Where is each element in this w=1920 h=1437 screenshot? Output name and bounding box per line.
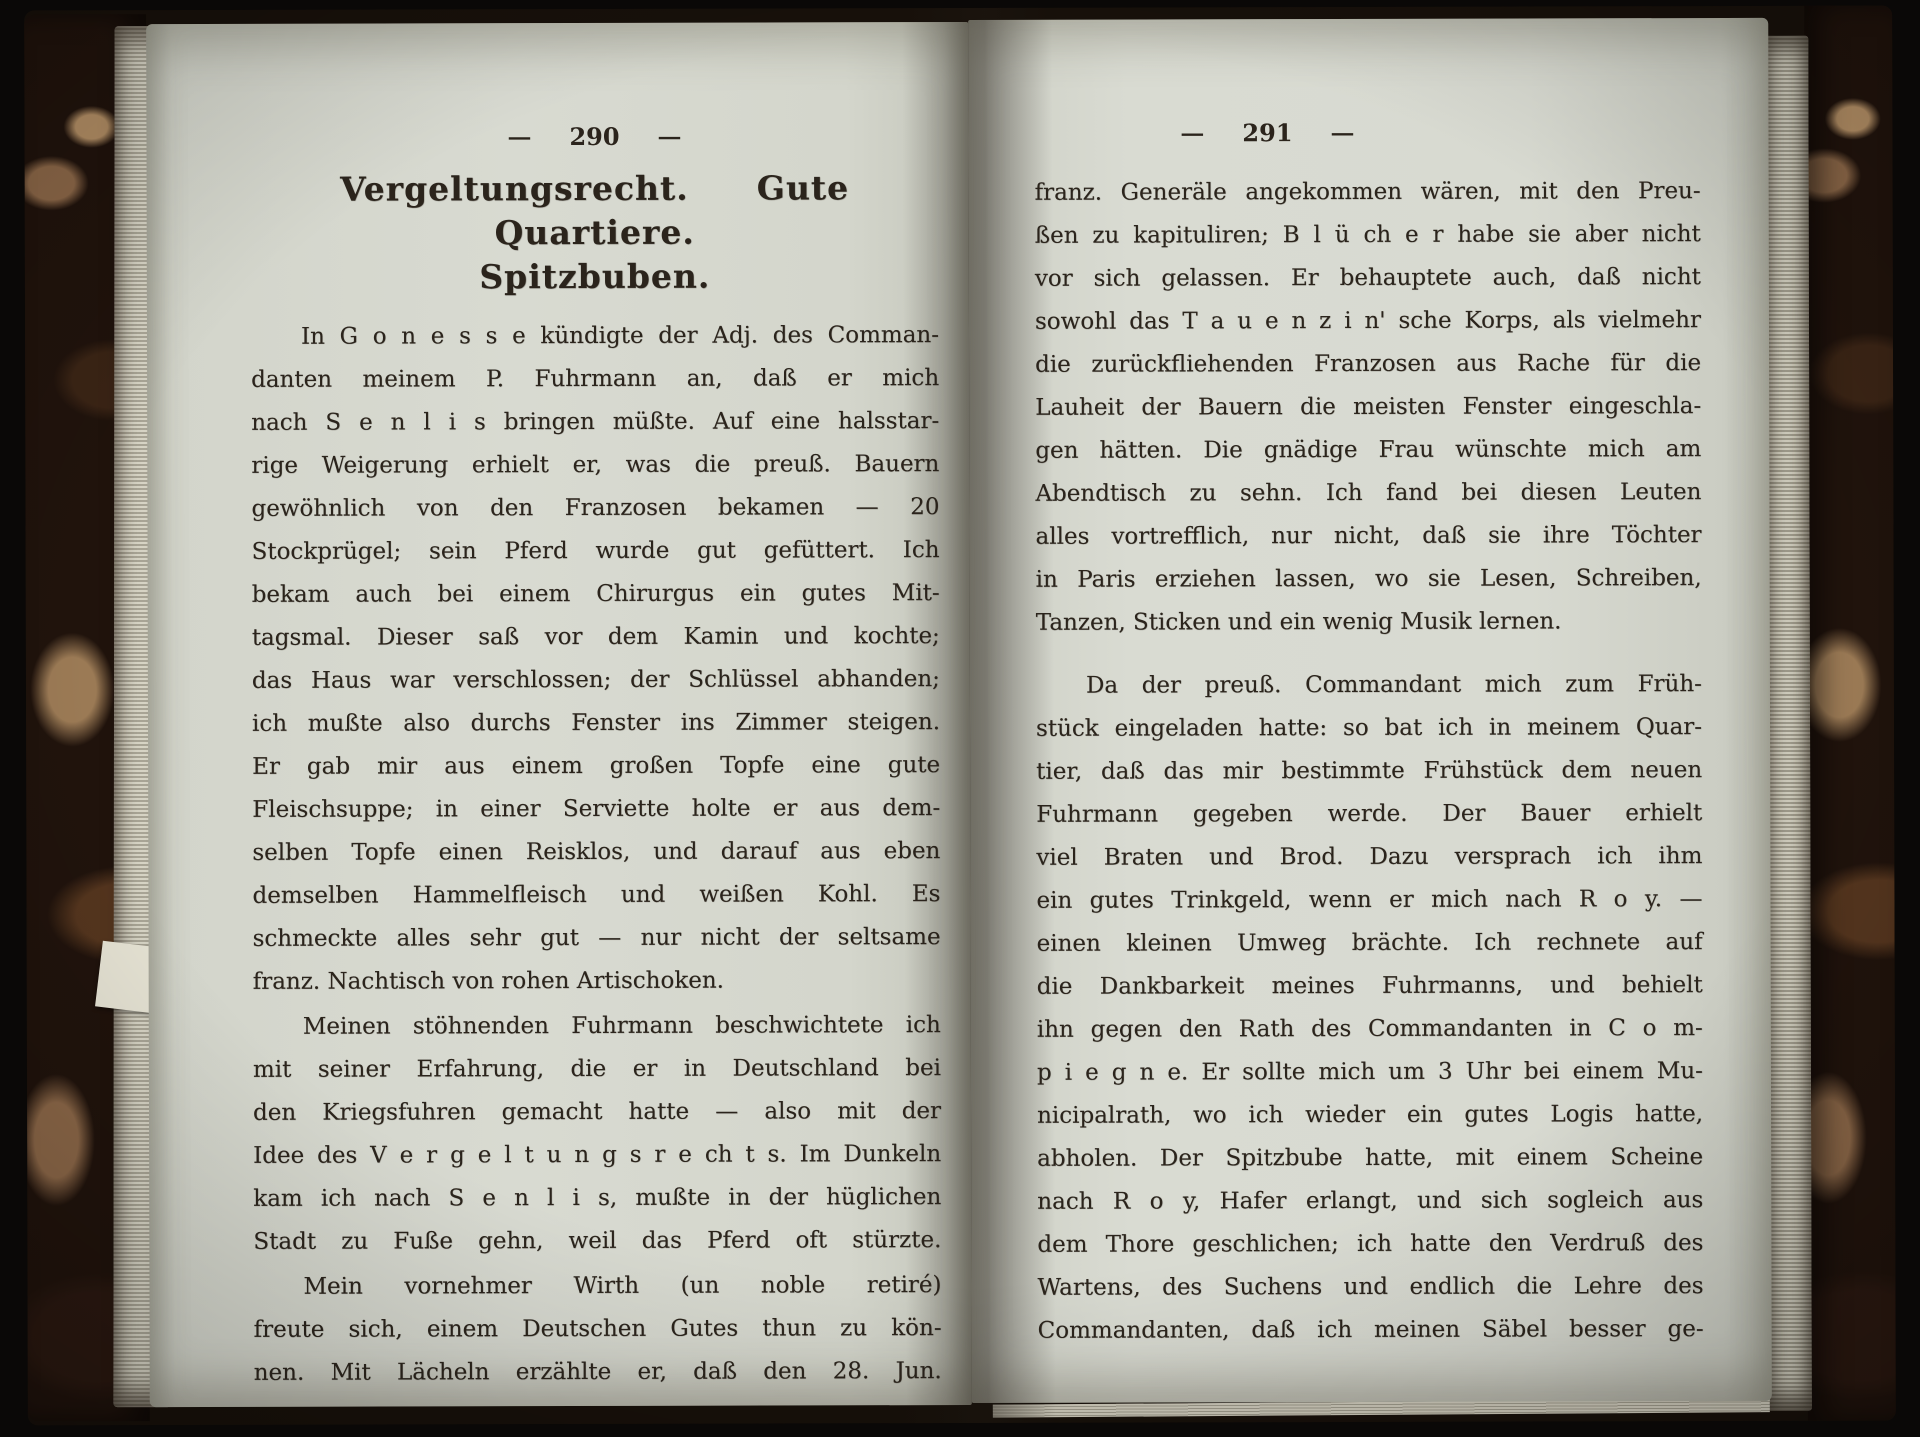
text-line: p i e g n e. Er sollte mich um 3 Uhr bei… — [1037, 1050, 1703, 1095]
chapter-heading-line-2: Spitzbuben. — [251, 254, 939, 300]
text-line: dem Thore geschlichen; ich hatte den Ver… — [1037, 1222, 1703, 1267]
text-line: Tanzen, Sticken und ein wenig Musik lern… — [1036, 600, 1702, 645]
text-line: vor sich gelassen. Er behauptete auch, d… — [1035, 256, 1701, 301]
text-line: mit seiner Erfahrung, die er in Deutschl… — [253, 1047, 941, 1092]
text-line: Mein vornehmer Wirth (un noble retiré) — [253, 1264, 941, 1309]
text-line: Stadt zu Fuße gehn, weil das Pferd oft s… — [253, 1219, 941, 1264]
text-line: selben Topfe einen Reisklos, und darauf … — [252, 830, 940, 875]
paragraph: Meinen stöhnenden Fuhrmann beschwichtete… — [253, 1004, 942, 1264]
photo-background: — 290 — Vergeltungsrecht. Gute Quartiere… — [0, 0, 1920, 1437]
text-line: nach R o y, Hafer erlangt, und sich sogl… — [1037, 1179, 1703, 1224]
text-line: Lauheit der Bauern die meisten Fenster e… — [1035, 385, 1701, 430]
text-line: tagsmal. Dieser saß vor dem Kamin und ko… — [252, 615, 940, 660]
paragraph: franz. Generäle angekommen wären, mit de… — [1035, 170, 1702, 645]
text-line: Da der preuß. Commandant mich zum Früh- — [1036, 663, 1702, 708]
text-line: das Haus war verschlossen; der Schlüssel… — [252, 658, 940, 703]
paragraph: Da der preuß. Commandant mich zum Früh-s… — [1036, 663, 1704, 1353]
text-line: sowohl das T a u e n z i n' sche Korps, … — [1035, 299, 1701, 344]
right-page-block-edges — [1764, 36, 1812, 1411]
text-line: alles vortrefflich, nur nicht, daß sie i… — [1035, 514, 1701, 559]
text-line: rige Weigerung erhielt er, was die preuß… — [251, 443, 939, 488]
text-line: franz. Generäle angekommen wären, mit de… — [1035, 170, 1701, 215]
text-line: Wartens, des Suchens und endlich die Leh… — [1037, 1265, 1703, 1310]
text-line: kam ich nach S e n l i s, mußte in der h… — [253, 1176, 941, 1221]
text-line: einen kleinen Umweg brächte. Ich rechnet… — [1037, 921, 1703, 966]
left-page-body-text: In G o n e s s e kündigte der Adj. des C… — [251, 314, 942, 1395]
text-line: Er gab mir aus einem großen Topfe eine g… — [252, 744, 940, 789]
text-line: bekam auch bei einem Chirurgus ein gutes… — [252, 572, 940, 617]
left-page-header: — 290 — — [250, 118, 938, 154]
text-line: Idee des V e r g e l t u n g s r e ch t … — [253, 1133, 941, 1178]
right-page-header: — 291 — — [934, 114, 1600, 150]
paragraph: In G o n e s s e kündigte der Adj. des C… — [251, 314, 941, 1004]
text-line: Meinen stöhnenden Fuhrmann beschwichtete… — [253, 1004, 941, 1049]
text-line: abholen. Der Spitzbube hatte, mit einem … — [1037, 1136, 1703, 1181]
text-line: freute sich, einem Deutschen Gutes thun … — [254, 1307, 942, 1352]
right-page: — 291 — franz. Generäle angekommen wären… — [968, 18, 1772, 1403]
text-line: den Kriegsfuhren gemacht hatte — also mi… — [253, 1090, 941, 1135]
text-line: nicipalrath, wo ich wieder ein gutes Log… — [1037, 1093, 1703, 1138]
text-line: In G o n e s s e kündigte der Adj. des C… — [251, 314, 939, 359]
text-line: ein gutes Trinkgeld, wenn er mich nach R… — [1036, 878, 1702, 923]
header-dash-right: — — [657, 123, 681, 148]
text-line: die zurückfliehenden Franzosen aus Rache… — [1035, 342, 1701, 387]
chapter-heading-line-1: Vergeltungsrecht. Gute Quartiere. — [251, 166, 939, 256]
right-page-body-text: franz. Generäle angekommen wären, mit de… — [1035, 170, 1704, 1353]
text-line: ßen zu kapituliren; B l ü ch e r habe si… — [1035, 213, 1701, 258]
text-line: stück eingeladen hatte: so bat ich in me… — [1036, 706, 1702, 751]
text-line: Stockprügel; sein Pferd wurde gut gefütt… — [252, 529, 940, 574]
text-line: ich mußte also durchs Fenster ins Zimmer… — [252, 701, 940, 746]
text-line: gen hätten. Die gnädige Frau wünschte mi… — [1035, 428, 1701, 473]
paragraph: Mein vornehmer Wirth (un noble retiré)fr… — [253, 1264, 941, 1395]
right-page-number: 291 — [1242, 118, 1292, 147]
header-dash-right: — — [1330, 120, 1354, 145]
left-page: — 290 — Vergeltungsrecht. Gute Quartiere… — [146, 22, 972, 1407]
text-line: Fleischsuppe; in einer Serviette holte e… — [252, 787, 940, 832]
text-line: nen. Mit Lächeln erzählte er, daß den 28… — [254, 1350, 942, 1395]
text-line: Commandanten, daß ich meinen Säbel besse… — [1038, 1308, 1704, 1353]
text-line: schmeckte alles sehr gut — nur nicht der… — [253, 916, 941, 961]
text-line: nach S e n l i s bringen müßte. Auf eine… — [251, 400, 939, 445]
right-cover-marbled-board — [1804, 6, 1896, 1421]
text-line: Abendtisch zu sehn. Ich fand bei diesen … — [1035, 471, 1701, 516]
text-line: ihn gegen den Rath des Commandanten in C… — [1037, 1007, 1703, 1052]
text-line: demselben Hammelfleisch und weißen Kohl.… — [252, 873, 940, 918]
text-line: gewöhnlich von den Franzosen bekamen — 2… — [251, 486, 939, 531]
chapter-heading: Vergeltungsrecht. Gute Quartiere. Spitzb… — [251, 166, 939, 300]
text-line: viel Braten und Brod. Dazu versprach ich… — [1036, 835, 1702, 880]
text-line: tier, daß das mir bestimmte Frühstück de… — [1036, 749, 1702, 794]
open-book: — 290 — Vergeltungsrecht. Gute Quartiere… — [24, 6, 1896, 1426]
left-page-number: 290 — [569, 121, 619, 150]
header-dash-left: — — [507, 124, 531, 149]
text-line: in Paris erziehen lassen, wo sie Lesen, … — [1036, 557, 1702, 602]
text-line: danten meinem P. Fuhrmann an, daß er mic… — [251, 357, 939, 402]
text-line: Fuhrmann gegeben werde. Der Bauer erhiel… — [1036, 792, 1702, 837]
text-line: franz. Nachtisch von rohen Artischoken. — [253, 959, 941, 1004]
text-line: die Dankbarkeit meines Fuhrmanns, und be… — [1037, 964, 1703, 1009]
header-dash-left: — — [1180, 120, 1204, 145]
